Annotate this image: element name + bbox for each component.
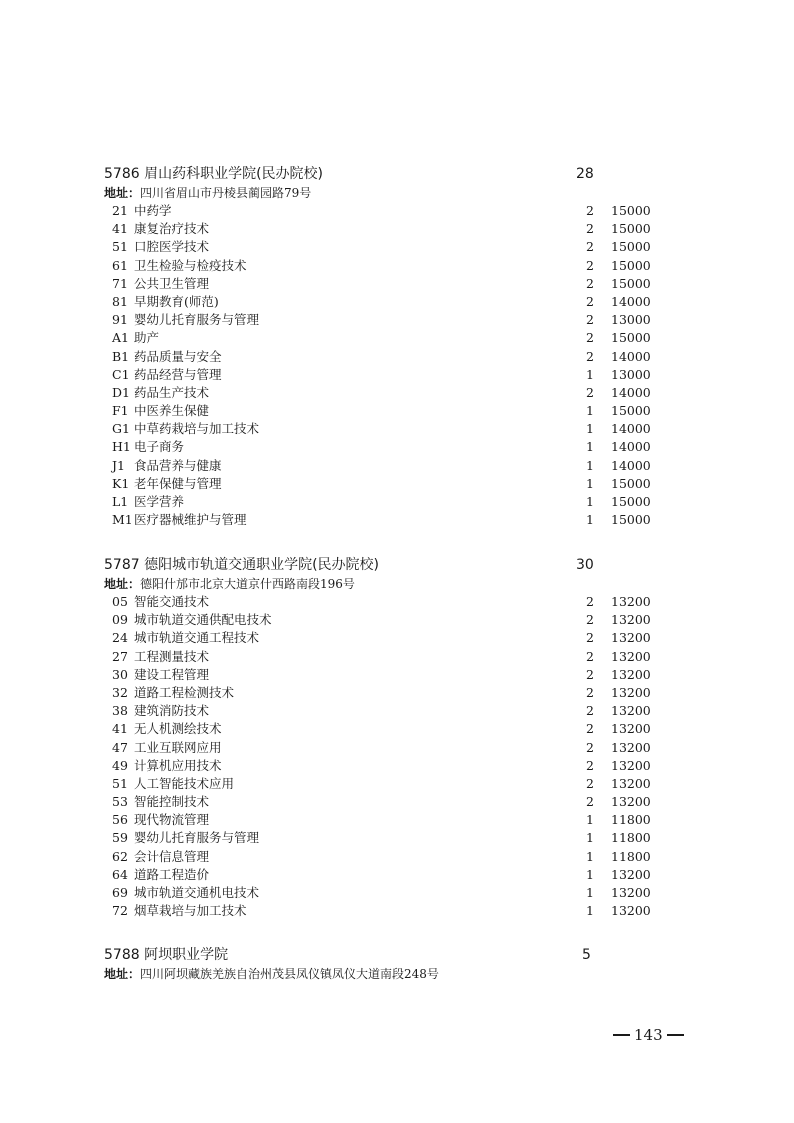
major-row: 62会计信息管理111800 (104, 848, 664, 866)
major-list: 21中药学215000 41康复治疗技术215000 51口腔医学技术21500… (104, 202, 664, 529)
major-row: 53智能控制技术213200 (104, 793, 664, 811)
major-name: 中医养生保健 (134, 402, 209, 420)
major-code: 38 (112, 702, 134, 720)
major-fee: 13200 (611, 902, 651, 920)
major-code: 47 (112, 739, 134, 757)
major-name: 现代物流管理 (134, 811, 209, 829)
major-fee: 15000 (611, 402, 651, 420)
major-code: D1 (112, 384, 134, 402)
document-page: 5786 眉山药科职业学院(民办院校) 28 地址：四川省眉山市丹棱县蔺园路79… (0, 0, 794, 1123)
major-code: 56 (112, 811, 134, 829)
major-count: 2 (582, 739, 594, 757)
major-name: 建筑消防技术 (134, 702, 209, 720)
school-total-quota: 28 (576, 164, 594, 184)
major-code: 30 (112, 666, 134, 684)
major-name: 建设工程管理 (134, 666, 209, 684)
major-row: 51人工智能技术应用213200 (104, 775, 664, 793)
major-row: 81早期教育(师范)214000 (104, 293, 664, 311)
major-count: 2 (582, 220, 594, 238)
major-count: 2 (582, 593, 594, 611)
major-count: 2 (582, 720, 594, 738)
major-row: 61卫生检验与检疫技术215000 (104, 257, 664, 275)
major-row: 69城市轨道交通机电技术113200 (104, 884, 664, 902)
school-address: 地址：四川省眉山市丹棱县蔺园路79号 (104, 184, 664, 202)
major-code: 49 (112, 757, 134, 775)
page-number-text: 143 (634, 1026, 663, 1044)
major-count: 2 (582, 702, 594, 720)
major-row: A1助产215000 (104, 329, 664, 347)
major-name: 医学营养 (134, 493, 184, 511)
major-count: 2 (582, 257, 594, 275)
major-fee: 11800 (611, 829, 651, 847)
school-header: 5786 眉山药科职业学院(民办院校) 28 (104, 164, 664, 184)
major-count: 1 (582, 493, 594, 511)
major-code: M1 (112, 511, 134, 529)
major-name: 食品营养与健康 (134, 457, 222, 475)
major-code: H1 (112, 438, 134, 456)
major-row: B1药品质量与安全214000 (104, 348, 664, 366)
school-name: 阿坝职业学院 (144, 947, 228, 963)
school-name: 德阳城市轨道交通职业学院(民办院校) (144, 557, 379, 573)
major-fee: 15000 (611, 257, 651, 275)
major-fee: 15000 (611, 329, 651, 347)
major-row: G1中草药栽培与加工技术114000 (104, 420, 664, 438)
major-count: 2 (582, 793, 594, 811)
major-count: 2 (582, 311, 594, 329)
major-code: 05 (112, 593, 134, 611)
major-name: 药品质量与安全 (134, 348, 222, 366)
major-row: 91婴幼儿托育服务与管理213000 (104, 311, 664, 329)
major-count: 2 (582, 666, 594, 684)
major-code: G1 (112, 420, 134, 438)
major-name: 道路工程造价 (134, 866, 209, 884)
major-name: 中药学 (134, 202, 172, 220)
school-title: 5786 眉山药科职业学院(民办院校) (104, 164, 323, 184)
major-name: 城市轨道交通工程技术 (134, 629, 259, 647)
major-code: 69 (112, 884, 134, 902)
school-block-5786: 5786 眉山药科职业学院(民办院校) 28 地址：四川省眉山市丹棱县蔺园路79… (104, 164, 664, 529)
major-name: 早期教育(师范) (134, 293, 219, 311)
major-code: 24 (112, 629, 134, 647)
major-code: 64 (112, 866, 134, 884)
major-list: 05智能交通技术213200 09城市轨道交通供配电技术213200 24城市轨… (104, 593, 664, 920)
address-label: 地址： (104, 186, 140, 200)
school-header: 5787 德阳城市轨道交通职业学院(民办院校) 30 (104, 555, 664, 575)
major-row: 21中药学215000 (104, 202, 664, 220)
major-fee: 13200 (611, 757, 651, 775)
major-count: 1 (582, 829, 594, 847)
major-fee: 13200 (611, 793, 651, 811)
major-code: 72 (112, 902, 134, 920)
major-count: 1 (582, 457, 594, 475)
major-name: 工程测量技术 (134, 648, 209, 666)
school-block-5788: 5788 阿坝职业学院 5 地址：四川阿坝藏族羌族自治州茂县凤仪镇凤仪大道南段2… (104, 945, 664, 983)
major-code: F1 (112, 402, 134, 420)
major-name: 口腔医学技术 (134, 238, 209, 256)
major-row: 41康复治疗技术215000 (104, 220, 664, 238)
major-fee: 13200 (611, 739, 651, 757)
school-total-quota: 5 (582, 945, 591, 965)
major-name: 智能交通技术 (134, 593, 209, 611)
major-code: 51 (112, 238, 134, 256)
major-row: 49计算机应用技术213200 (104, 757, 664, 775)
major-row: 72烟草栽培与加工技术113200 (104, 902, 664, 920)
major-name: 卫生检验与检疫技术 (134, 257, 247, 275)
major-count: 2 (582, 648, 594, 666)
major-count: 1 (582, 902, 594, 920)
major-name: 人工智能技术应用 (134, 775, 234, 793)
major-count: 2 (582, 775, 594, 793)
major-code: 51 (112, 775, 134, 793)
major-name: 无人机测绘技术 (134, 720, 222, 738)
major-name: 医疗器械维护与管理 (134, 511, 247, 529)
school-address: 地址：四川阿坝藏族羌族自治州茂县凤仪镇凤仪大道南段248号 (104, 965, 664, 983)
major-row: K1老年保健与管理115000 (104, 475, 664, 493)
school-title: 5787 德阳城市轨道交通职业学院(民办院校) (104, 555, 379, 575)
school-block-5787: 5787 德阳城市轨道交通职业学院(民办院校) 30 地址：德阳什邡市北京大道京… (104, 555, 664, 920)
major-row: 41无人机测绘技术213200 (104, 720, 664, 738)
major-name: 城市轨道交通供配电技术 (134, 611, 272, 629)
major-count: 1 (582, 402, 594, 420)
major-code: 32 (112, 684, 134, 702)
major-fee: 14000 (611, 384, 651, 402)
major-row: D1药品生产技术214000 (104, 384, 664, 402)
major-name: 康复治疗技术 (134, 220, 209, 238)
address-text: 四川阿坝藏族羌族自治州茂县凤仪镇凤仪大道南段248号 (140, 967, 439, 981)
major-name: 烟草栽培与加工技术 (134, 902, 247, 920)
major-name: 智能控制技术 (134, 793, 209, 811)
address-text: 德阳什邡市北京大道京什西路南段196号 (140, 577, 355, 591)
major-count: 1 (582, 366, 594, 384)
major-row: 05智能交通技术213200 (104, 593, 664, 611)
major-count: 1 (582, 884, 594, 902)
major-code: 61 (112, 257, 134, 275)
major-fee: 13000 (611, 311, 651, 329)
major-count: 1 (582, 511, 594, 529)
major-fee: 13200 (611, 593, 651, 611)
major-code: 53 (112, 793, 134, 811)
school-title: 5788 阿坝职业学院 (104, 945, 228, 965)
major-count: 1 (582, 438, 594, 456)
major-fee: 13200 (611, 629, 651, 647)
major-row: F1中医养生保健115000 (104, 402, 664, 420)
major-count: 2 (582, 275, 594, 293)
school-code: 5786 (104, 166, 140, 182)
major-code: 27 (112, 648, 134, 666)
major-name: 公共卫生管理 (134, 275, 209, 293)
major-count: 1 (582, 811, 594, 829)
major-count: 2 (582, 293, 594, 311)
major-count: 1 (582, 420, 594, 438)
major-count: 2 (582, 757, 594, 775)
major-fee: 15000 (611, 202, 651, 220)
major-row: 47工业互联网应用213200 (104, 739, 664, 757)
major-fee: 13200 (611, 611, 651, 629)
major-name: 婴幼儿托育服务与管理 (134, 829, 259, 847)
address-text: 四川省眉山市丹棱县蔺园路79号 (140, 186, 311, 200)
major-name: 婴幼儿托育服务与管理 (134, 311, 259, 329)
major-name: 计算机应用技术 (134, 757, 222, 775)
major-fee: 14000 (611, 438, 651, 456)
major-code: 62 (112, 848, 134, 866)
major-fee: 13200 (611, 684, 651, 702)
address-label: 地址： (104, 967, 140, 981)
major-name: 中草药栽培与加工技术 (134, 420, 259, 438)
major-name: 工业互联网应用 (134, 739, 222, 757)
major-fee: 14000 (611, 457, 651, 475)
major-row: 71公共卫生管理215000 (104, 275, 664, 293)
major-fee: 13200 (611, 775, 651, 793)
major-count: 2 (582, 684, 594, 702)
major-row: 30建设工程管理213200 (104, 666, 664, 684)
major-count: 1 (582, 475, 594, 493)
major-row: 64道路工程造价113200 (104, 866, 664, 884)
major-name: 药品生产技术 (134, 384, 209, 402)
major-row: 38建筑消防技术213200 (104, 702, 664, 720)
major-row: J1食品营养与健康114000 (104, 457, 664, 475)
major-fee: 15000 (611, 511, 651, 529)
major-code: B1 (112, 348, 134, 366)
major-code: 09 (112, 611, 134, 629)
major-code: 21 (112, 202, 134, 220)
major-row: 24城市轨道交通工程技术213200 (104, 629, 664, 647)
major-name: 会计信息管理 (134, 848, 209, 866)
major-row: 51口腔医学技术215000 (104, 238, 664, 256)
major-code: 71 (112, 275, 134, 293)
major-name: 道路工程检测技术 (134, 684, 234, 702)
major-row: C1药品经营与管理113000 (104, 366, 664, 384)
major-count: 1 (582, 848, 594, 866)
dash-left-decoration (613, 1034, 630, 1036)
major-row: L1医学营养115000 (104, 493, 664, 511)
major-fee: 13200 (611, 720, 651, 738)
school-name: 眉山药科职业学院(民办院校) (144, 166, 323, 182)
major-count: 2 (582, 329, 594, 347)
major-code: K1 (112, 475, 134, 493)
major-row: 27工程测量技术213200 (104, 648, 664, 666)
major-row: 56现代物流管理111800 (104, 811, 664, 829)
major-count: 2 (582, 348, 594, 366)
major-fee: 15000 (611, 275, 651, 293)
major-row: 32道路工程检测技术213200 (104, 684, 664, 702)
major-fee: 14000 (611, 348, 651, 366)
major-code: 41 (112, 220, 134, 238)
major-name: 助产 (134, 329, 159, 347)
school-code: 5787 (104, 557, 140, 573)
major-fee: 11800 (611, 848, 651, 866)
major-row: 59婴幼儿托育服务与管理111800 (104, 829, 664, 847)
major-fee: 13200 (611, 702, 651, 720)
major-code: A1 (112, 329, 134, 347)
major-fee: 14000 (611, 293, 651, 311)
major-fee: 15000 (611, 475, 651, 493)
major-code: J1 (112, 457, 134, 475)
major-count: 2 (582, 629, 594, 647)
major-fee: 13200 (611, 866, 651, 884)
page-number: 143 (609, 1025, 688, 1045)
major-fee: 15000 (611, 220, 651, 238)
major-fee: 13200 (611, 884, 651, 902)
major-fee: 11800 (611, 811, 651, 829)
school-total-quota: 30 (576, 555, 594, 575)
major-code: 59 (112, 829, 134, 847)
major-name: 电子商务 (134, 438, 184, 456)
major-code: L1 (112, 493, 134, 511)
school-address: 地址：德阳什邡市北京大道京什西路南段196号 (104, 575, 664, 593)
major-fee: 15000 (611, 238, 651, 256)
major-count: 1 (582, 866, 594, 884)
major-name: 城市轨道交通机电技术 (134, 884, 259, 902)
major-code: C1 (112, 366, 134, 384)
dash-right-decoration (667, 1034, 684, 1036)
major-code: 81 (112, 293, 134, 311)
address-label: 地址： (104, 577, 140, 591)
major-fee: 13200 (611, 666, 651, 684)
major-code: 91 (112, 311, 134, 329)
major-fee: 13000 (611, 366, 651, 384)
major-count: 2 (582, 611, 594, 629)
major-count: 2 (582, 384, 594, 402)
major-name: 老年保健与管理 (134, 475, 222, 493)
major-fee: 15000 (611, 493, 651, 511)
major-fee: 14000 (611, 420, 651, 438)
major-row: 09城市轨道交通供配电技术213200 (104, 611, 664, 629)
school-header: 5788 阿坝职业学院 5 (104, 945, 664, 965)
major-count: 2 (582, 202, 594, 220)
major-name: 药品经营与管理 (134, 366, 222, 384)
major-code: 41 (112, 720, 134, 738)
major-fee: 13200 (611, 648, 651, 666)
major-count: 2 (582, 238, 594, 256)
major-row: H1电子商务114000 (104, 438, 664, 456)
school-code: 5788 (104, 947, 140, 963)
major-row: M1医疗器械维护与管理115000 (104, 511, 664, 529)
